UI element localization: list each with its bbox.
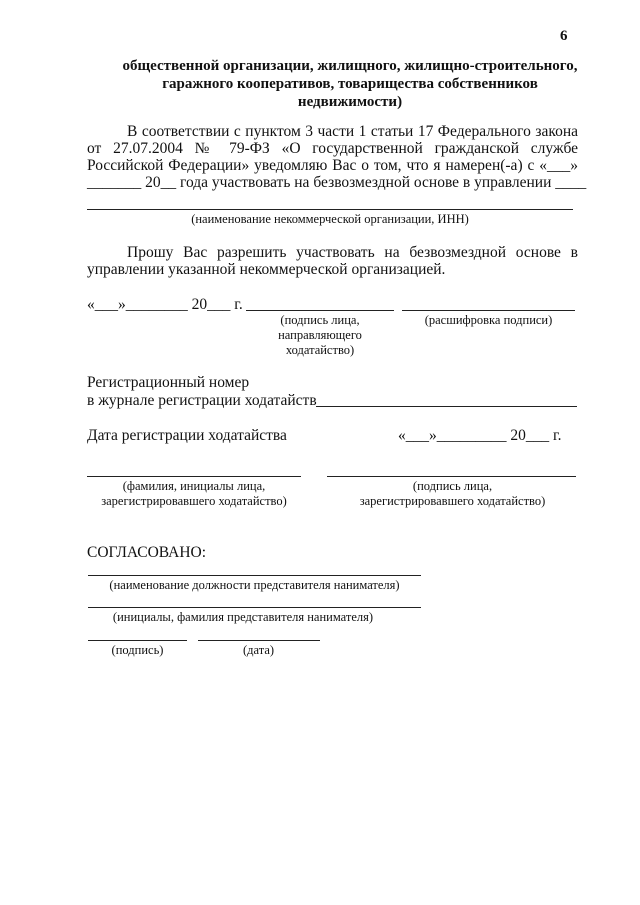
registrar-signature-caption-2: зарегистрировавшего ходатайство) [340, 494, 565, 509]
employer-date-field[interactable] [198, 640, 320, 641]
employer-signature-field[interactable] [88, 640, 187, 641]
paragraph1-line-2: от 27.07.2004 № 79-ФЗ «О государственной… [87, 140, 578, 158]
registrar-name-caption-1: (фамилия, инициалы лица, [87, 479, 301, 494]
paragraph1-line-4: _______ 20__ года участвовать на безвозм… [87, 174, 578, 192]
registration-date-field[interactable]: «___»_________ 20___ г. [398, 427, 561, 445]
employer-position-field[interactable] [88, 575, 421, 576]
employer-name-field[interactable] [88, 607, 421, 608]
title-line-2: гаражного кооперативов, товарищества соб… [60, 76, 640, 93]
paragraph2-line-2: управлении указанной некоммерческой орга… [87, 261, 445, 279]
approved-label: СОГЛАСОВАНО: [87, 544, 206, 562]
applicant-signature-caption-1: (подпись лица, [250, 313, 390, 328]
registrar-signature-field[interactable] [327, 476, 576, 477]
title-line-3: недвижимости) [60, 94, 640, 111]
paragraph1-line-1: В соответствии с пунктом 3 части 1 стать… [127, 123, 578, 141]
registration-number-field[interactable] [316, 406, 577, 407]
registrar-signature-caption-1: (подпись лица, [340, 479, 565, 494]
registrar-name-field[interactable] [87, 476, 301, 477]
paragraph1-line-3: Российской Федерации» уведомляю Вас о то… [87, 157, 578, 175]
applicant-signature-caption-3: ходатайство) [250, 343, 390, 358]
registrar-name-caption-2: зарегистрировавшего ходатайство) [87, 494, 301, 509]
employer-signature-caption: (подпись) [88, 643, 187, 658]
page-number: 6 [560, 28, 568, 45]
registration-date-label: Дата регистрации ходатайства [87, 427, 287, 445]
registration-number-label-2: в журнале регистрации ходатайств [87, 392, 317, 410]
employer-date-caption: (дата) [243, 643, 274, 658]
org-name-caption: (наименование некоммерческой организации… [87, 212, 573, 227]
applicant-signature-caption-2: направляющего [250, 328, 390, 343]
title-line-1: общественной организации, жилищного, жил… [60, 58, 640, 75]
employer-position-caption: (наименование должности представителя на… [88, 578, 421, 593]
paragraph2-line-1: Прошу Вас разрешить участвовать на безво… [127, 244, 578, 262]
applicant-date-field[interactable]: «___»________ 20___ г. [87, 296, 243, 314]
registration-number-label-1: Регистрационный номер [87, 374, 249, 392]
employer-name-caption: (инициалы, фамилия представителя нанимат… [88, 610, 398, 625]
applicant-signature-field[interactable] [246, 310, 394, 311]
applicant-signature-decode-field[interactable] [402, 310, 575, 311]
applicant-decode-caption: (расшифровка подписи) [402, 313, 575, 328]
org-name-field[interactable] [87, 209, 573, 210]
